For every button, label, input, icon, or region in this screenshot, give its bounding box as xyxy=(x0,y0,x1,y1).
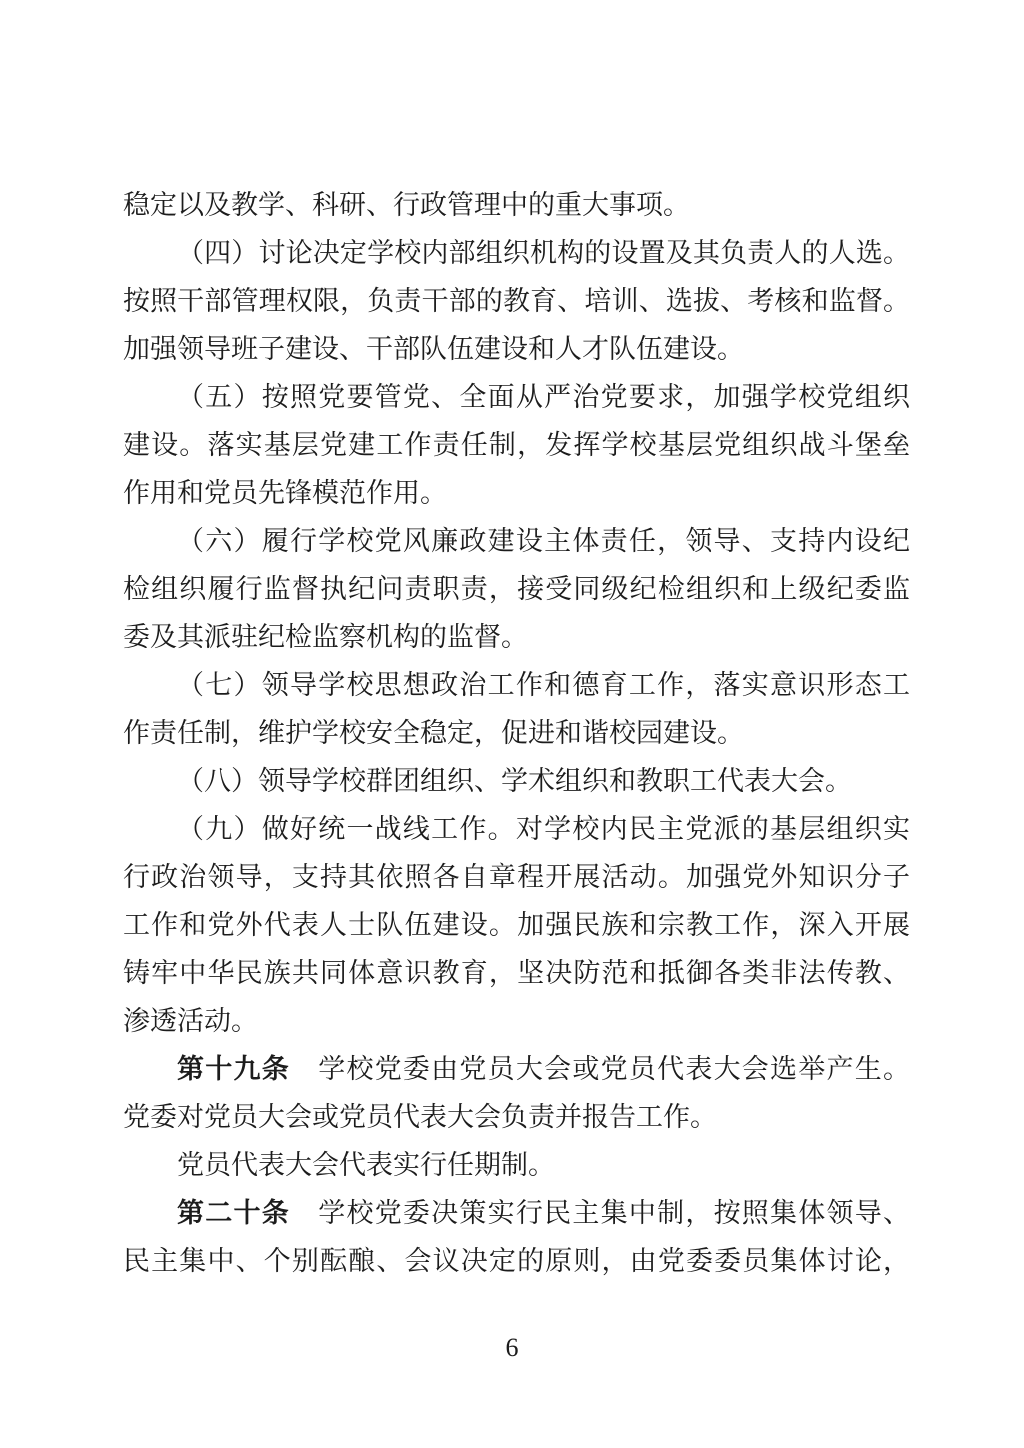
text-run: 作用和党员先锋模范作用。 xyxy=(123,478,447,508)
text-line: （四）讨论决定学校内部组织机构的设置及其负责人的人选。 xyxy=(123,229,910,277)
text-line: （七）领导学校思想政治工作和德育工作，落实意识形态工 xyxy=(123,661,910,709)
text-line: 第十九条 学校党委由党员大会或党员代表大会选举产生。 xyxy=(123,1045,910,1093)
text-line: 按照干部管理权限，负责干部的教育、培训、选拔、考核和监督。 xyxy=(123,277,910,325)
text-line: 渗透活动。 xyxy=(123,997,910,1045)
text-run: （四）讨论决定学校内部组织机构的设置及其负责人的人选。 xyxy=(177,238,910,268)
text-line: 第二十条 学校党委决策实行民主集中制，按照集体领导、 xyxy=(123,1189,910,1237)
text-line: （六）履行学校党风廉政建设主体责任，领导、支持内设纪 xyxy=(123,517,910,565)
text-line: 加强领导班子建设、干部队伍建设和人才队伍建设。 xyxy=(123,325,910,373)
document-body: 稳定以及教学、科研、行政管理中的重大事项。（四）讨论决定学校内部组织机构的设置及… xyxy=(123,181,910,1285)
text-run: 工作和党外代表人士队伍建设。加强民族和宗教工作，深入开展 xyxy=(123,910,910,940)
text-line: 委及其派驻纪检监察机构的监督。 xyxy=(123,613,910,661)
text-run: 铸牢中华民族共同体意识教育，坚决防范和抵御各类非法传教、 xyxy=(123,958,910,988)
text-run: 稳定以及教学、科研、行政管理中的重大事项。 xyxy=(123,190,690,220)
text-run: 委及其派驻纪检监察机构的监督。 xyxy=(123,622,528,652)
text-run: 建设。落实基层党建工作责任制，发挥学校基层党组织战斗堡垒 xyxy=(123,430,910,460)
text-run: 按照干部管理权限，负责干部的教育、培训、选拔、考核和监督。 xyxy=(123,286,910,316)
text-line: 党员代表大会代表实行任期制。 xyxy=(123,1141,910,1189)
text-line: 行政治领导，支持其依照各自章程开展活动。加强党外知识分子 xyxy=(123,853,910,901)
text-line: 铸牢中华民族共同体意识教育，坚决防范和抵御各类非法传教、 xyxy=(123,949,910,997)
text-line: 建设。落实基层党建工作责任制，发挥学校基层党组织战斗堡垒 xyxy=(123,421,910,469)
text-run: 学校党委由党员大会或党员代表大会选举产生。 xyxy=(290,1054,910,1084)
text-line: 工作和党外代表人士队伍建设。加强民族和宗教工作，深入开展 xyxy=(123,901,910,949)
text-run: （六）履行学校党风廉政建设主体责任，领导、支持内设纪 xyxy=(177,526,910,556)
text-run: 党员代表大会代表实行任期制。 xyxy=(177,1150,555,1180)
page-number: 6 xyxy=(0,1330,1024,1366)
text-line: 作责任制，维护学校安全稳定，促进和谐校园建设。 xyxy=(123,709,910,757)
text-run: 民主集中、个别酝酿、会议决定的原则，由党委委员集体讨论， xyxy=(123,1246,910,1276)
text-line: 检组织履行监督执纪问责职责，接受同级纪检组织和上级纪委监 xyxy=(123,565,910,613)
text-line: （五）按照党要管党、全面从严治党要求，加强学校党组织 xyxy=(123,373,910,421)
text-run: （八）领导学校群团组织、学术组织和教职工代表大会。 xyxy=(177,766,852,796)
text-run: （五）按照党要管党、全面从严治党要求，加强学校党组织 xyxy=(177,382,910,412)
text-line: 党委对党员大会或党员代表大会负责并报告工作。 xyxy=(123,1093,910,1141)
text-run: 学校党委决策实行民主集中制，按照集体领导、 xyxy=(290,1198,910,1228)
text-run: 加强领导班子建设、干部队伍建设和人才队伍建设。 xyxy=(123,334,744,364)
text-line: （八）领导学校群团组织、学术组织和教职工代表大会。 xyxy=(123,757,910,805)
text-run: 党委对党员大会或党员代表大会负责并报告工作。 xyxy=(123,1102,717,1132)
text-line: 民主集中、个别酝酿、会议决定的原则，由党委委员集体讨论， xyxy=(123,1237,910,1285)
text-run: 作责任制，维护学校安全稳定，促进和谐校园建设。 xyxy=(123,718,744,748)
text-line: 作用和党员先锋模范作用。 xyxy=(123,469,910,517)
text-run: 检组织履行监督执纪问责职责，接受同级纪检组织和上级纪委监 xyxy=(123,574,910,604)
text-run: （九）做好统一战线工作。对学校内民主党派的基层组织实 xyxy=(177,814,910,844)
text-line: （九）做好统一战线工作。对学校内民主党派的基层组织实 xyxy=(123,805,910,853)
document-page: 稳定以及教学、科研、行政管理中的重大事项。（四）讨论决定学校内部组织机构的设置及… xyxy=(0,0,1024,1448)
text-run: （七）领导学校思想政治工作和德育工作，落实意识形态工 xyxy=(177,670,910,700)
text-line: 稳定以及教学、科研、行政管理中的重大事项。 xyxy=(123,181,910,229)
bold-text-run: 第二十条 xyxy=(177,1198,290,1228)
text-run: 渗透活动。 xyxy=(123,1006,258,1036)
bold-text-run: 第十九条 xyxy=(177,1054,290,1084)
text-run: 行政治领导，支持其依照各自章程开展活动。加强党外知识分子 xyxy=(123,862,910,892)
